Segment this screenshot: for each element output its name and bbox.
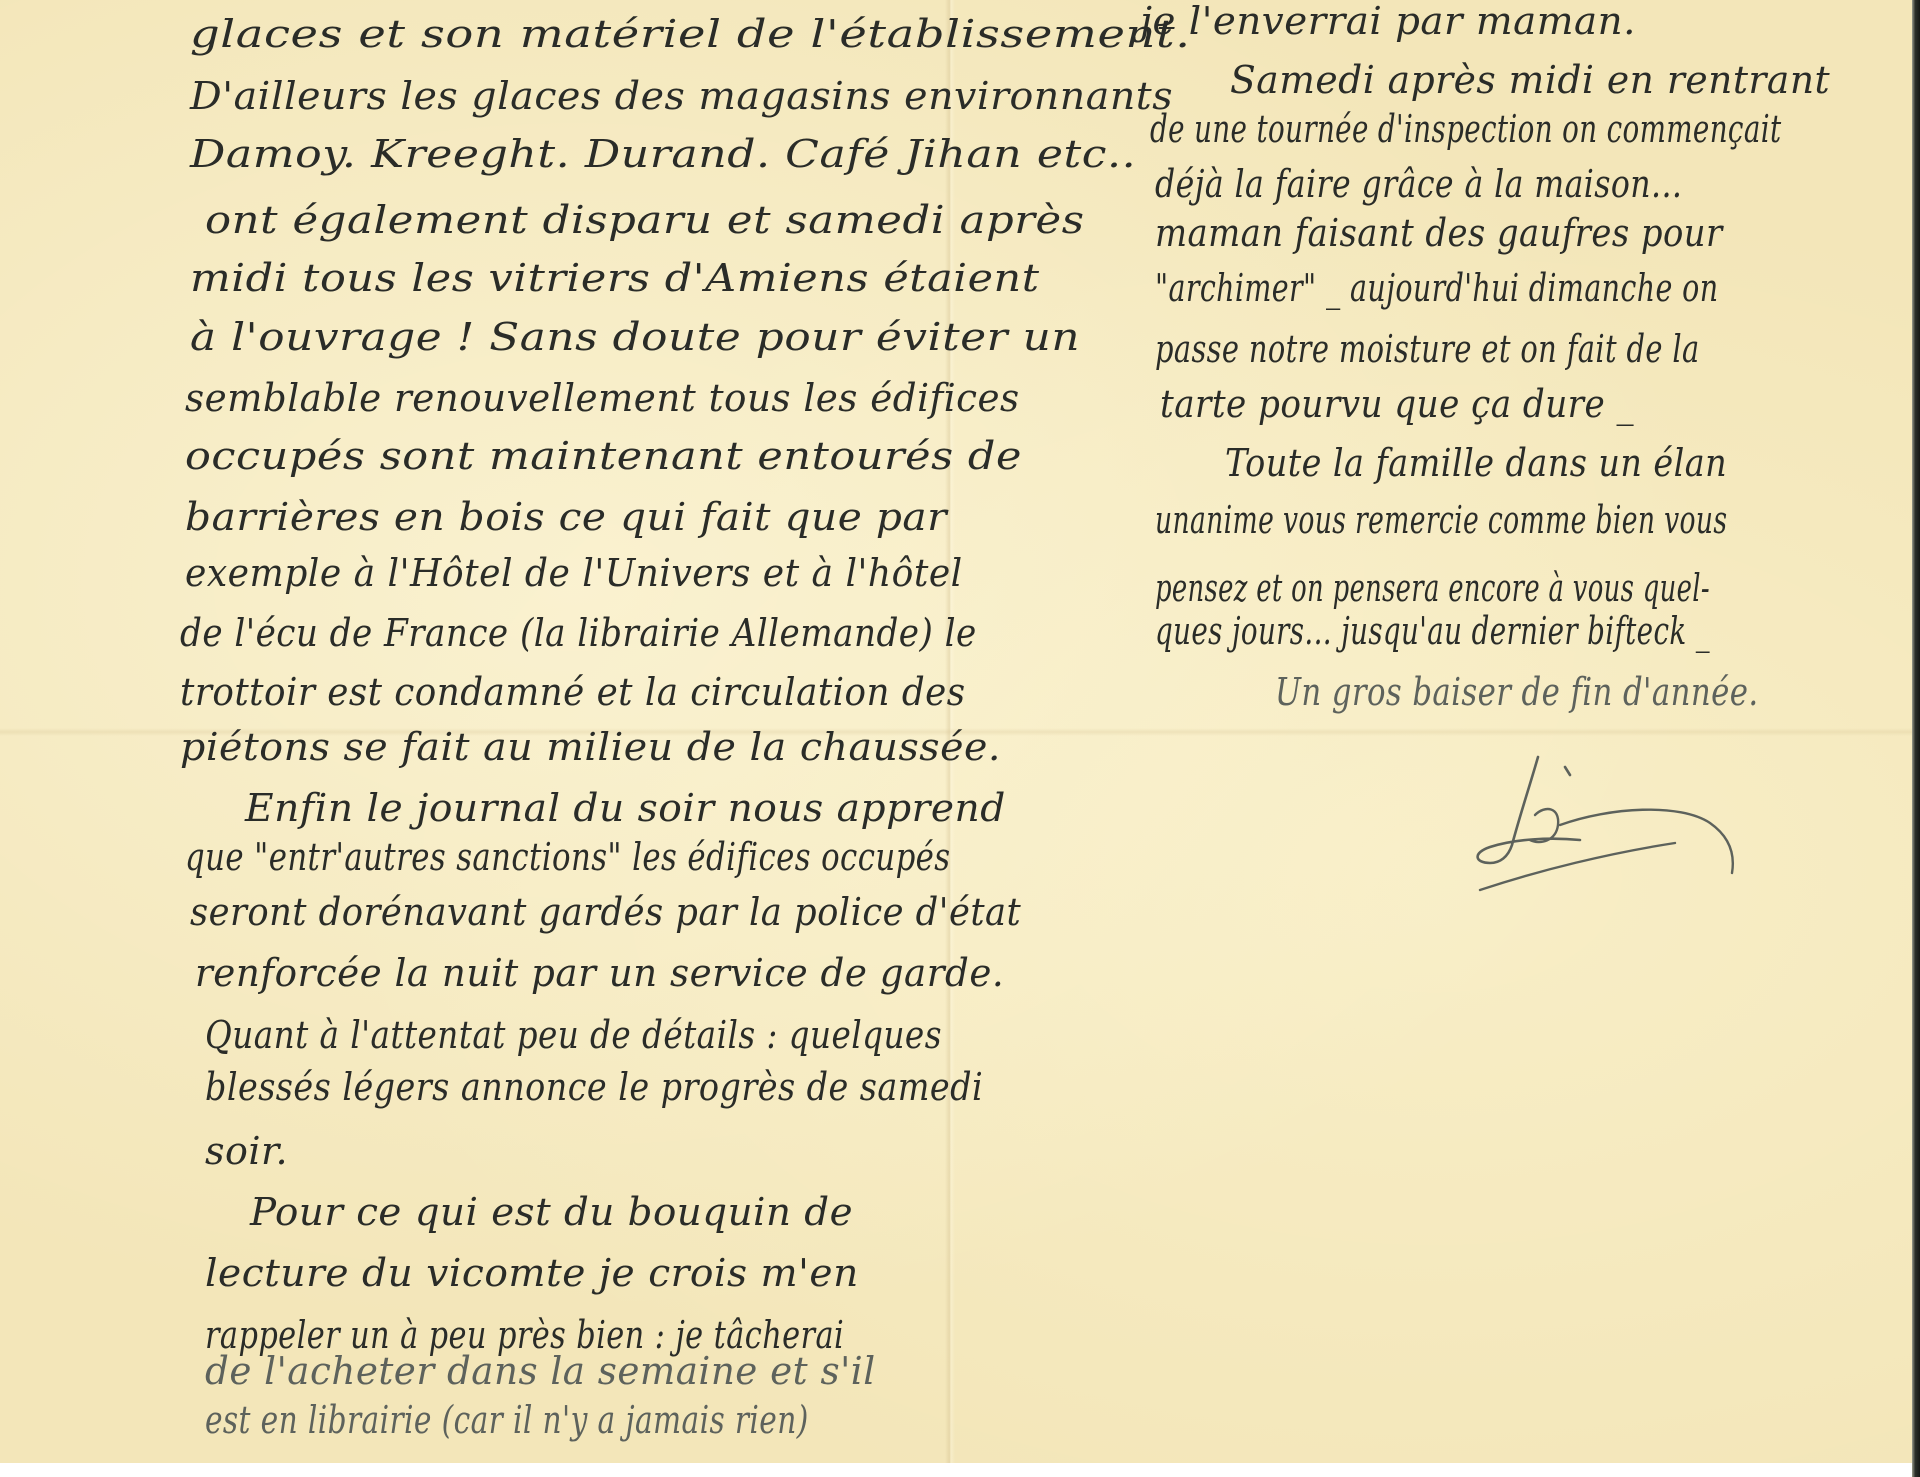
handwritten-line: ont également disparu et samedi après xyxy=(205,198,1085,242)
handwritten-line: je l'enverrai par maman. xyxy=(1140,0,1636,43)
letter-sheet: glaces et son matériel de l'établissemen… xyxy=(0,0,1912,1463)
handwritten-line: Toute la famille dans un élan xyxy=(1225,441,1727,485)
handwritten-line: pensez et on pensera encore à vous quel- xyxy=(1155,566,1710,610)
handwritten-line: exemple à l'Hôtel de l'Univers et à l'hô… xyxy=(185,551,963,595)
handwritten-line: "archimer" _ aujourd'hui dimanche on xyxy=(1155,266,1718,310)
handwritten-line: unanime vous remercie comme bien vous xyxy=(1155,498,1727,542)
handwritten-line: maman faisant des gaufres pour xyxy=(1155,211,1723,255)
handwritten-line: de l'acheter dans la semaine et s'il xyxy=(205,1349,876,1393)
handwritten-line: blessés légers annonce le progrès de sam… xyxy=(205,1065,983,1109)
handwritten-line: Un gros baiser de fin d'année. xyxy=(1275,670,1759,714)
handwritten-line: trottoir est condamné et la circulation … xyxy=(180,670,966,714)
handwritten-line: de une tournée d'inspection on commençai… xyxy=(1150,107,1781,151)
handwritten-line: midi tous les vitriers d'Amiens étaient xyxy=(190,256,1040,300)
handwritten-line: de l'écu de France (la librairie Alleman… xyxy=(180,611,977,655)
scan-edge-shadow xyxy=(1912,0,1920,1477)
handwritten-line: renforcée la nuit par un service de gard… xyxy=(195,951,1004,995)
handwritten-line: passe notre moisture et on fait de la xyxy=(1155,327,1700,371)
handwritten-line: Samedi après midi en rentrant xyxy=(1230,58,1830,102)
signature-icon xyxy=(1460,745,1760,895)
handwritten-line: barrières en bois ce qui fait que par xyxy=(185,495,947,539)
handwritten-line: seront dorénavant gardés par la police d… xyxy=(190,890,1021,934)
handwritten-line: que "entr'autres sanctions" les édifices… xyxy=(185,835,951,879)
handwritten-line: Enfin le journal du soir nous apprend xyxy=(245,786,1006,830)
handwritten-line: occupés sont maintenant entourés de xyxy=(185,434,1022,478)
handwritten-line: semblable renouvellement tous les édific… xyxy=(185,376,1020,420)
handwritten-line: est en librairie (car il n'y a jamais ri… xyxy=(205,1398,809,1442)
handwritten-line: Quant à l'attentat peu de détails : quel… xyxy=(205,1013,942,1057)
left-page: glaces et son matériel de l'établissemen… xyxy=(0,0,945,1463)
right-page: je l'enverrai par maman. Samedi après mi… xyxy=(955,0,1912,1463)
handwritten-line: déjà la faire grâce à la maison... xyxy=(1155,162,1682,206)
handwritten-line: soir. xyxy=(205,1129,288,1173)
handwritten-line: ques jours... jusqu'au dernier bifteck _ xyxy=(1155,609,1710,653)
handwritten-line: à l'ouvrage ! Sans doute pour éviter un xyxy=(190,315,1080,359)
handwritten-line: piétons se fait au milieu de la chaussée… xyxy=(180,725,1001,769)
handwritten-line: tarte pourvu que ça dure _ xyxy=(1160,382,1634,426)
handwritten-line: lecture du vicomte je crois m'en xyxy=(205,1251,859,1295)
handwritten-line: Pour ce qui est du bouquin de xyxy=(250,1190,853,1234)
